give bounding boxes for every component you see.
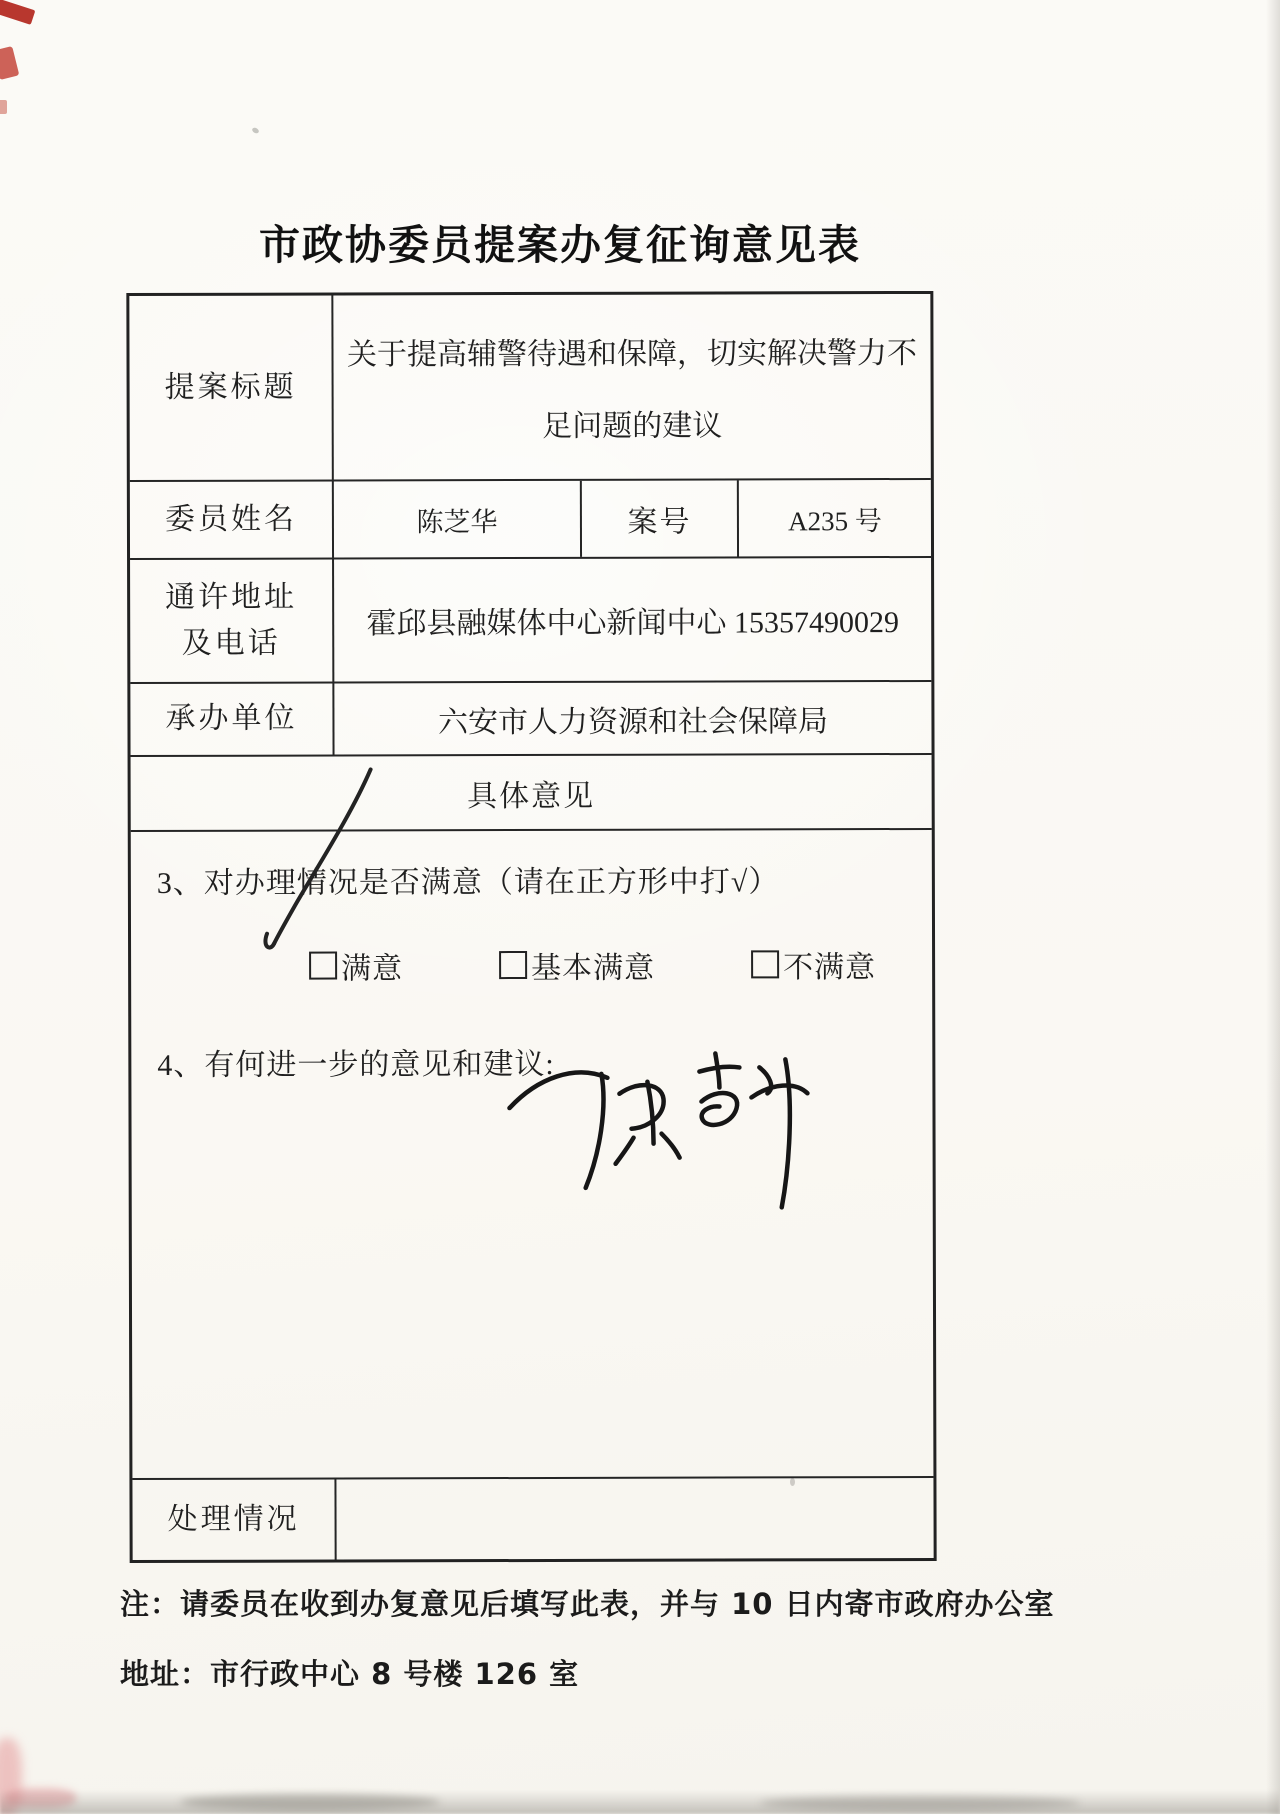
signature-handwriting: [503, 1035, 833, 1226]
q3-option: 不满意: [751, 942, 876, 986]
scan-shadow-blob: [180, 1794, 440, 1810]
form-table: 提案标题 关于提高辅警待遇和保障，切实解决警力不 足问题的建议 委员姓名 陈芝华…: [126, 291, 936, 1563]
scan-shadow-blob: [760, 1796, 1080, 1810]
scan-edge-shade: [1266, 0, 1280, 1814]
scan-red-mark: [0, 0, 35, 25]
proposal-title-line1: 关于提高辅警待遇和保障，切实解决警力不: [347, 328, 917, 373]
checkbox-not-satisfied: [751, 950, 779, 978]
satisfaction-options: 满意 基本满意 不满意: [309, 942, 912, 988]
processing-label: 处理情况: [132, 1480, 336, 1561]
proposal-title-value: 关于提高辅警待遇和保障，切实解决警力不 足问题的建议: [333, 294, 930, 480]
handwritten-checkmark-stroke: [259, 763, 390, 973]
scan-pink-smudge: [0, 1738, 22, 1814]
row-member-name: 委员姓名 陈芝华 案号 A235 号: [130, 480, 931, 560]
contact-value: 霍邱县融媒体中心新闻中心 15357490029: [334, 558, 931, 682]
scanned-form-page: 市政协委员提案办复征询意见表 提案标题 关于提高辅警待遇和保障，切实解决警力不 …: [0, 0, 1280, 1814]
checkbox-not-satisfied-label: 不满意: [783, 942, 876, 986]
row-handling-unit: 承办单位 六安市人力资源和社会保障局: [130, 682, 931, 757]
row-opinions-body: 3、对办理情况是否满意（请在正方形中打√） 满意 基本满意 不满意: [131, 830, 934, 1480]
handling-unit-value: 六安市人力资源和社会保障局: [334, 682, 931, 755]
row-proposal-title: 提案标题 关于提高辅警待遇和保障，切实解决警力不 足问题的建议: [129, 294, 930, 482]
row-opinions-header: 具体意见: [131, 755, 932, 832]
processing-value: [336, 1478, 933, 1560]
footer-note: 注：请委员在收到办复意见后填写此表，并与 10 日内寄市政府办公室: [120, 1582, 1055, 1623]
checkbox-basically-satisfied-label: 基本满意: [531, 943, 655, 987]
scan-speck: [251, 127, 260, 135]
case-number-label: 案号: [582, 480, 739, 556]
case-number-value: A235 号: [739, 480, 931, 557]
page-title: 市政协委员提案办复征询意见表: [0, 212, 1120, 271]
scan-red-mark: [0, 100, 7, 114]
proposal-title-label: 提案标题: [129, 296, 333, 481]
handling-unit-label: 承办单位: [130, 684, 334, 756]
scan-red-mark: [0, 46, 19, 80]
row-processing: 处理情况: [132, 1478, 933, 1560]
contact-label-line1: 通许地址: [165, 574, 297, 621]
scan-shadow-band: [0, 1790, 1280, 1814]
footer-address: 地址：市行政中心 8 号楼 126 室: [120, 1652, 579, 1693]
contact-label: 通许地址 及电话: [130, 560, 334, 683]
proposal-title-line2: 足问题的建议: [542, 400, 722, 444]
checkbox-basically-satisfied: [499, 951, 527, 979]
member-name-value: 陈芝华: [334, 481, 582, 558]
member-name-label: 委员姓名: [130, 482, 334, 559]
row-contact: 通许地址 及电话 霍邱县融媒体中心新闻中心 15357490029: [130, 558, 931, 684]
contact-label-line2: 及电话: [182, 621, 281, 668]
q3-option: 基本满意: [499, 943, 655, 987]
scan-pink-smudge: [6, 1788, 76, 1808]
